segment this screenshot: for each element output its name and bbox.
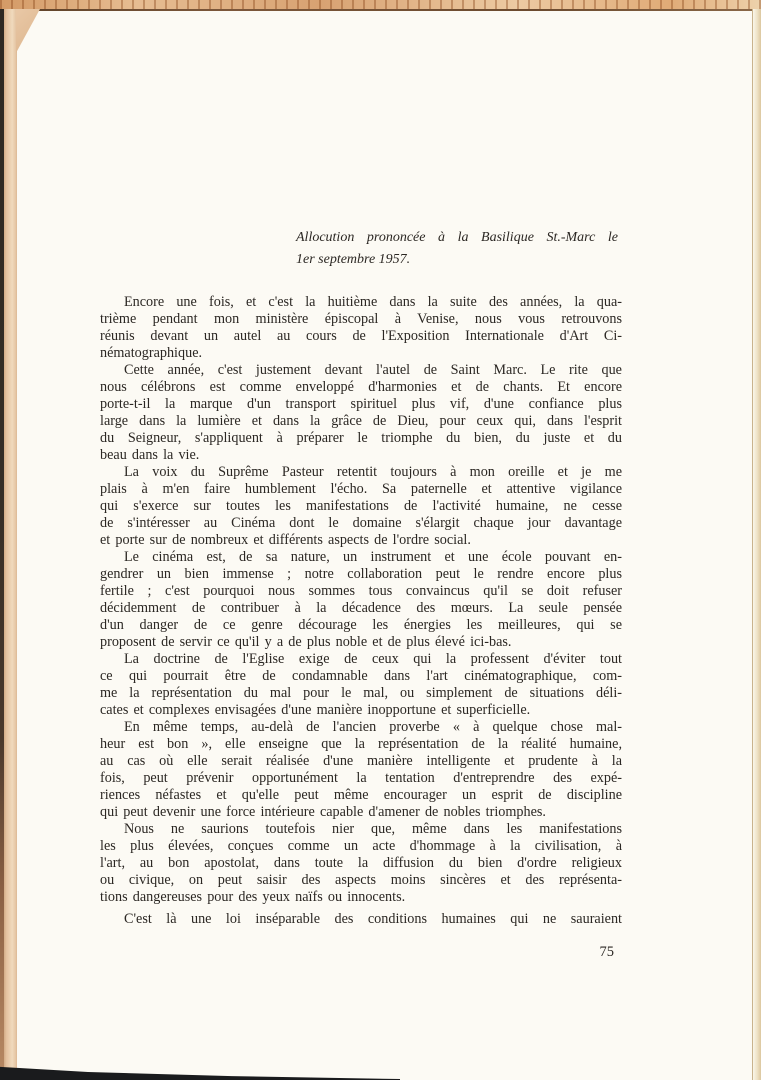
dateline-line: 1er septembre 1957. bbox=[296, 249, 618, 271]
text-line: ce qui pourrait être de condamnable dans… bbox=[100, 668, 622, 685]
text-line: La doctrine de l'Eglise exige de ceux qu… bbox=[100, 651, 622, 668]
paragraph: C'est là une loi inséparable des conditi… bbox=[100, 911, 622, 928]
text-line: riences néfastes et qu'elle peut même en… bbox=[100, 787, 622, 804]
page-number: 75 bbox=[100, 944, 614, 961]
text-line: Encore une fois, et c'est la huitième da… bbox=[100, 294, 622, 311]
text-line: beau dans la vie. bbox=[100, 447, 622, 464]
text-line: Nous ne saurions toutefois nier que, mêm… bbox=[100, 821, 622, 838]
paragraph: La doctrine de l'Eglise exige de ceux qu… bbox=[100, 651, 622, 719]
text-line: cates et complexes envisagées d'une mani… bbox=[100, 702, 622, 719]
text-line: trième pendant mon ministère épiscopal à… bbox=[100, 311, 622, 328]
text-line: Le cinéma est, de sa nature, un instrume… bbox=[100, 549, 622, 566]
book-bottom-shadow bbox=[0, 1064, 400, 1080]
text-line: C'est là une loi inséparable des conditi… bbox=[100, 911, 622, 928]
text-line: large dans la lumière et dans la grâce d… bbox=[100, 413, 622, 430]
text-line: proposent de servir ce qu'il y a de plus… bbox=[100, 634, 622, 651]
text-line: En même temps, au-delà de l'ancien prove… bbox=[100, 719, 622, 736]
text-line: fertile ; c'est pourquoi nous sommes tou… bbox=[100, 583, 622, 600]
dateline-line: Allocution prononcée à la Basilique St.-… bbox=[296, 227, 618, 249]
paragraph: En même temps, au-delà de l'ancien prove… bbox=[100, 719, 622, 821]
paragraph: Cette année, c'est justement devant l'au… bbox=[100, 362, 622, 464]
text-line: me la représentation du mal pour le mal,… bbox=[100, 685, 622, 702]
book-left-dark-edge bbox=[0, 9, 4, 1080]
text-line: réunis devant un autel au cours de l'Exp… bbox=[100, 328, 622, 345]
text-line: au cas où elle serait réalisée d'une man… bbox=[100, 753, 622, 770]
text-line: Cette année, c'est justement devant l'au… bbox=[100, 362, 622, 379]
text-line: fois, peut prévenir opportunément la ten… bbox=[100, 770, 622, 787]
text-line: décidemment de contribuer à la décadence… bbox=[100, 600, 622, 617]
text-line: l'art, au bon apostolat, dans toute la d… bbox=[100, 855, 622, 872]
book-top-edge bbox=[0, 0, 761, 9]
text-line: plais à m'en faire humblement l'écho. Sa… bbox=[100, 481, 622, 498]
text-line: de s'intéresser au Cinéma dont le domain… bbox=[100, 515, 622, 532]
text-line: nous célébrons est comme enveloppé d'har… bbox=[100, 379, 622, 396]
paragraph: Le cinéma est, de sa nature, un instrume… bbox=[100, 549, 622, 651]
text-line: les plus élevées, conçues comme un acte … bbox=[100, 838, 622, 855]
paragraph: La voix du Suprême Pasteur retentit touj… bbox=[100, 464, 622, 549]
paragraph: Nous ne saurions toutefois nier que, mêm… bbox=[100, 821, 622, 906]
text-line: porte-t-il la marque d'un transport spir… bbox=[100, 396, 622, 413]
text-line: heur est bon », elle enseigne que la rep… bbox=[100, 736, 622, 753]
text-line: qui peut devenir une force intérieure ca… bbox=[100, 804, 622, 821]
text-line: qui s'exerce sur toutes les manifestatio… bbox=[100, 498, 622, 515]
text-line: ou civique, on peut saisir des aspects m… bbox=[100, 872, 622, 889]
text-line: La voix du Suprême Pasteur retentit touj… bbox=[100, 464, 622, 481]
book-top-edge-line bbox=[0, 9, 761, 11]
book-right-page-edge bbox=[752, 9, 761, 1080]
text-line: du Seigneur, s'appliquent à préparer le … bbox=[100, 430, 622, 447]
text-line: et porte sur de nombreux et différents a… bbox=[100, 532, 622, 549]
text-line: tions dangereuses pour des yeux naïfs ou… bbox=[100, 889, 622, 906]
page-corner-fold bbox=[16, 9, 40, 53]
dateline: Allocution prononcée à la Basilique St.-… bbox=[296, 227, 618, 270]
text-line: nématographique. bbox=[100, 345, 622, 362]
text-block: Encore une fois, et c'est la huitième da… bbox=[100, 294, 622, 928]
paragraph: Encore une fois, et c'est la huitième da… bbox=[100, 294, 622, 362]
text-line: d'un danger de ce genre décourage les én… bbox=[100, 617, 622, 634]
text-line: gendrer un bien immense ; notre collabor… bbox=[100, 566, 622, 583]
